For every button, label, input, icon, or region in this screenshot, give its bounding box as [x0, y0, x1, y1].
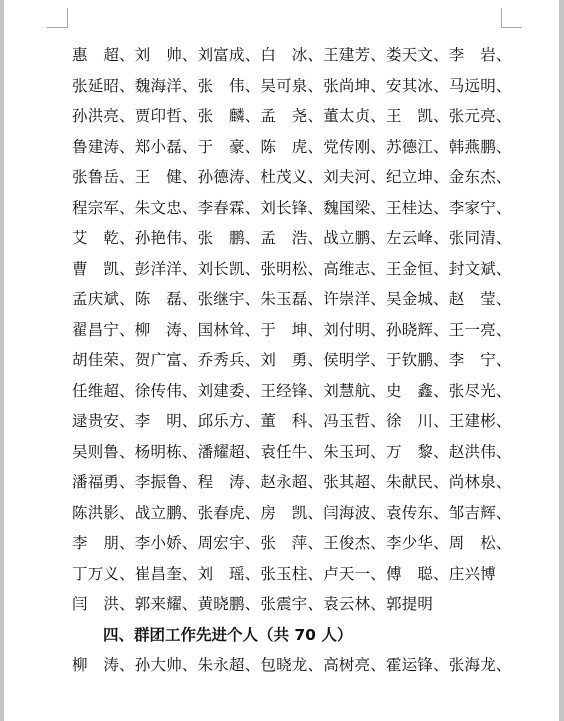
text-line: 鲁建涛、郑小磊、于 豪、陈 虎、党传刚、苏德江、韩燕鹏、	[72, 132, 512, 163]
text-line: 逯贵安、李 明、邱乐方、董 科、冯玉哲、徐 川、王建彬、	[72, 406, 512, 437]
text-line: 柳 涛、孙大帅、朱永超、包晓龙、高树亮、霍运锋、张海龙、	[72, 650, 512, 681]
crop-mark-top-right	[501, 8, 522, 28]
text-line: 孙洪亮、贾印哲、张 麟、孟 尧、董太贞、王 凯、张元亮、	[72, 101, 512, 132]
text-line: 翟昌宁、柳 涛、国林耸、于 坤、刘付明、孙晓辉、王一亮、	[72, 315, 512, 346]
text-line: 潘福勇、李振鲁、程 涛、赵永超、张其超、朱献民、尚林泉、	[72, 467, 512, 498]
text-line: 吴则鲁、杨明栋、潘耀超、袁任牛、朱玉珂、万 黎、赵洪伟、	[72, 437, 512, 468]
text-line: 张鲁岳、王 健、孙德涛、杜茂义、刘夫河、纪立坤、金东杰、	[72, 162, 512, 193]
text-line: 丁万义、崔昌奎、刘 瑶、张玉柱、卢天一、傅 聪、庄兴博	[72, 559, 512, 590]
name-list: 惠 超、刘 帅、刘富成、白 冰、王建芳、娄天文、李 岩、 张延昭、魏海洋、张 伟…	[72, 40, 512, 681]
text-line: 任维超、徐传伟、刘建委、王经锋、刘慧航、史 鑫、张尽光、	[72, 376, 512, 407]
text-line: 程宗军、朱文忠、李春霖、刘长锋、魏国梁、王桂达、李家宁、	[72, 193, 512, 224]
text-line: 艾 乾、孙艳伟、张 鹏、孟 浩、战立鹏、左云峰、张同清、	[72, 223, 512, 254]
document-page: 惠 超、刘 帅、刘富成、白 冰、王建芳、娄天文、李 岩、 张延昭、魏海洋、张 伟…	[4, 0, 559, 721]
section-heading: 四、群团工作先进个人（共 70 人）	[72, 620, 512, 651]
text-line: 陈洪影、战立鹏、张春虎、房 凯、闫海波、袁传东、邹吉辉、	[72, 498, 512, 529]
crop-mark-top-left	[47, 8, 68, 28]
text-line: 曹 凯、彭洋洋、刘长凯、张明松、高维志、王金恒、封文斌、	[72, 254, 512, 285]
text-line: 孟庆斌、陈 磊、张继宇、朱玉磊、许崇洋、吴金城、赵 莹、	[72, 284, 512, 315]
text-line: 惠 超、刘 帅、刘富成、白 冰、王建芳、娄天文、李 岩、	[72, 40, 512, 71]
text-line: 李 朋、李小娇、周宏宇、张 萍、王俊杰、李少华、周 松、	[72, 528, 512, 559]
text-line: 张延昭、魏海洋、张 伟、吴可泉、张尚坤、安其冰、马远明、	[72, 71, 512, 102]
text-line: 闫 洪、郭来耀、黄晓鹏、张震宇、袁云林、郭提明	[72, 589, 512, 620]
text-line: 胡佳荣、贺广富、乔秀兵、刘 勇、侯明学、于钦鹏、李 宁、	[72, 345, 512, 376]
